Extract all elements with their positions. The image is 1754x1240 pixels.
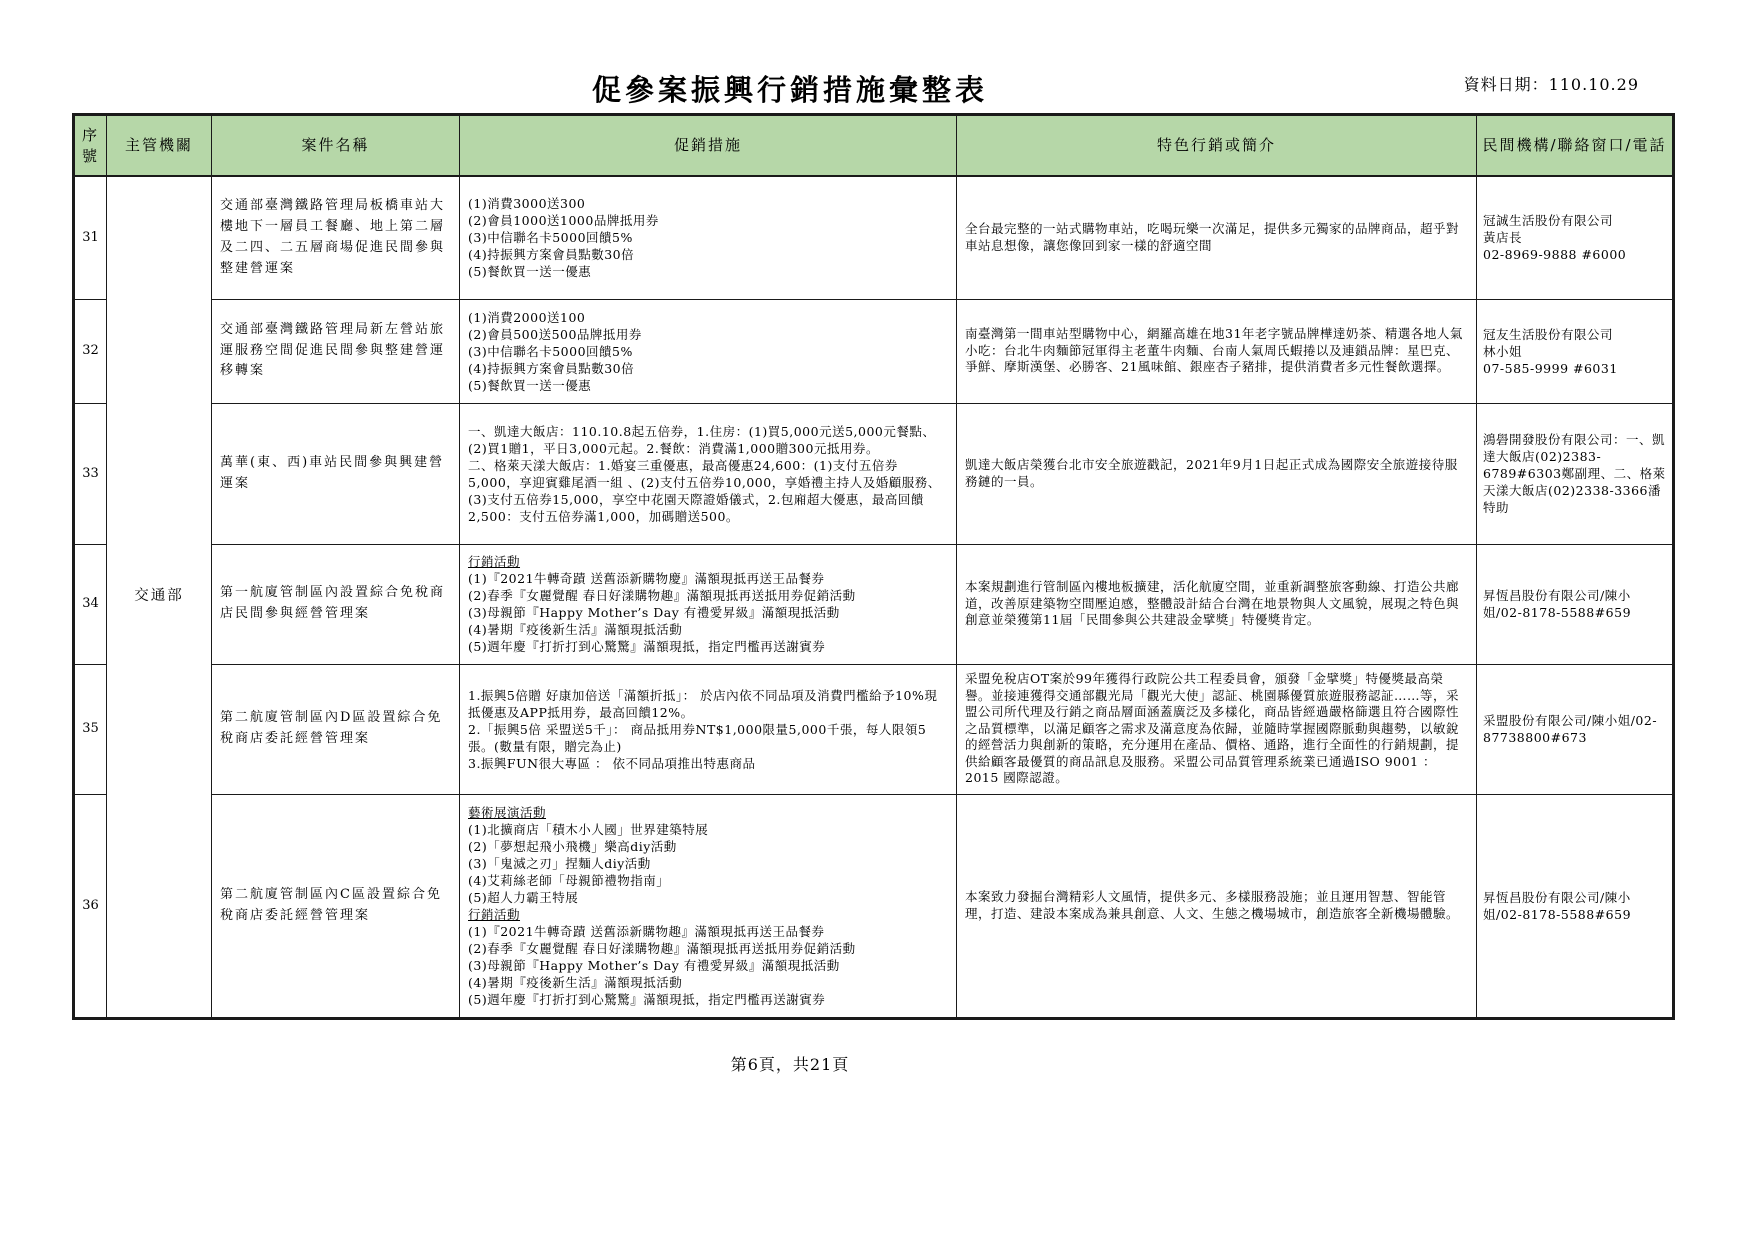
serial-cell: 32 (74, 299, 107, 403)
contact-line: 林小姐 (1483, 343, 1666, 360)
contact-line: 冠友生活股份有限公司 (1483, 326, 1666, 343)
promo-line: (3)母親節『Happy Mother’s Day 有禮愛昇級』滿額現抵活動 (468, 604, 948, 621)
contact-line: 昇恆昌股份有限公司/陳小姐/02-8178-5588#659 (1483, 889, 1666, 923)
serial-cell: 36 (74, 794, 107, 1018)
promo-line: (4)持振興方案會員點數30倍 (468, 360, 948, 377)
summary-table: 序號 主管機關 案件名稱 促銷措施 特色行銷或簡介 民間機構/聯絡窗口/電話 3… (72, 113, 1675, 1020)
contact-cell: 昇恆昌股份有限公司/陳小姐/02-8178-5588#659 (1477, 544, 1674, 664)
promo-line: 二、格萊天漾大飯店：1.婚宴三重優惠，最高優惠24,600：(1)支付五倍券5,… (468, 457, 948, 525)
promo-cell: (1)消費2000送100(2)會員500送500品牌抵用券(3)中信聯名卡50… (460, 299, 957, 403)
promo-line: (4)暑期『疫後新生活』滿額現抵活動 (468, 974, 948, 991)
feature-cell: 南臺灣第一間車站型購物中心，網羅高雄在地31年老字號品牌樺達奶茶、精選各地人氣小… (957, 299, 1477, 403)
serial-cell: 31 (74, 176, 107, 299)
contact-line: 昇恆昌股份有限公司/陳小姐/02-8178-5588#659 (1483, 587, 1666, 621)
page-footer: 第6頁，共21頁 (0, 1052, 1580, 1075)
contact-cell: 鴻礐開發股份有限公司：一、凱達大飯店(02)2383-6789#6303鄭副理、… (1477, 403, 1674, 544)
case-name-cell: 第二航廈管制區內C區設置綜合免稅商店委託經營管理案 (212, 794, 460, 1018)
contact-line: 鴻礐開發股份有限公司：一、凱達大飯店(02)2383-6789#6303鄭副理、… (1483, 431, 1666, 516)
promo-cell: 一、凱達大飯店：110.10.8起五倍券，1.住房：(1)買5,000元送5,0… (460, 403, 957, 544)
table-row: 33萬華(東、西)車站民間參與興建營運案一、凱達大飯店：110.10.8起五倍券… (74, 403, 1674, 544)
promo-line: (3)中信聯名卡5000回饋5% (468, 343, 948, 360)
header-cell-contact: 民間機構/聯絡窗口/電話 (1477, 115, 1674, 177)
header-cell-agency: 主管機關 (107, 115, 212, 177)
case-name-cell: 交通部臺灣鐵路管理局新左營站旅運服務空間促進民間參與整建營運移轉案 (212, 299, 460, 403)
header-cell-case-name: 案件名稱 (212, 115, 460, 177)
promo-cell: 藝術展演活動(1)北擴商店「積木小人國」世界建築特展(2)「夢想起飛小飛機」樂高… (460, 794, 957, 1018)
feature-cell: 本案規劃進行管制區內樓地板擴建，活化航廈空間，並重新調整旅客動線、打造公共廊道，… (957, 544, 1477, 664)
case-name-cell: 第二航廈管制區內D區設置綜合免稅商店委託經營管理案 (212, 664, 460, 794)
contact-line: 02-8969-9888 #6000 (1483, 246, 1666, 263)
contact-cell: 冠誠生活股份有限公司黃店長02-8969-9888 #6000 (1477, 176, 1674, 299)
promo-line: (3)母親節『Happy Mother’s Day 有禮愛昇級』滿額現抵活動 (468, 957, 948, 974)
date-label: 資料日期：110.10.29 (1464, 72, 1639, 95)
contact-cell: 采盟股份有限公司/陳小姐/02-87738800#673 (1477, 664, 1674, 794)
header-row: 序號 主管機關 案件名稱 促銷措施 特色行銷或簡介 民間機構/聯絡窗口/電話 (74, 115, 1674, 177)
promo-line: (1)『2021牛轉奇蹟 送舊添新購物趣』滿額現抵再送王品餐券 (468, 923, 948, 940)
promo-section-heading: 藝術展演活動 (468, 804, 948, 821)
promo-line: (1)北擴商店「積木小人國」世界建築特展 (468, 821, 948, 838)
promo-line: (5)餐飲買一送一優惠 (468, 377, 948, 394)
serial-cell: 35 (74, 664, 107, 794)
promo-line: (4)持振興方案會員點數30倍 (468, 246, 948, 263)
contact-cell: 昇恆昌股份有限公司/陳小姐/02-8178-5588#659 (1477, 794, 1674, 1018)
promo-line: (5)週年慶『打折打到心驚驚』滿額現抵，指定門檻再送謝賓券 (468, 991, 948, 1008)
serial-cell: 34 (74, 544, 107, 664)
promo-section-heading: 行銷活動 (468, 906, 948, 923)
promo-line: (5)週年慶『打折打到心驚驚』滿額現抵，指定門檻再送謝賓券 (468, 638, 948, 655)
promo-line: (2)春季『女麗覺醒 春日好漾購物趣』滿額現抵再送抵用券促銷活動 (468, 587, 948, 604)
contact-line: 采盟股份有限公司/陳小姐/02-87738800#673 (1483, 712, 1666, 746)
promo-line: (2)會員1000送1000品牌抵用券 (468, 212, 948, 229)
promo-line: 2.「振興5倍 采盟送5千」： 商品抵用券NT$1,000限量5,000千張，每… (468, 721, 948, 755)
promo-cell: (1)消費3000送300(2)會員1000送1000品牌抵用券(3)中信聯名卡… (460, 176, 957, 299)
table-row: 34第一航廈管制區內設置綜合免稅商店民間參與經營管理案行銷活動(1)『2021牛… (74, 544, 1674, 664)
table-row: 36第二航廈管制區內C區設置綜合免稅商店委託經營管理案藝術展演活動(1)北擴商店… (74, 794, 1674, 1018)
feature-cell: 全台最完整的一站式購物車站，吃喝玩樂一次滿足，提供多元獨家的品牌商品，超乎對車站… (957, 176, 1477, 299)
promo-line: (1)『2021牛轉奇蹟 送舊添新購物慶』滿額現抵再送王品餐券 (468, 570, 948, 587)
promo-line: (5)超人力霸王特展 (468, 889, 948, 906)
promo-cell: 行銷活動(1)『2021牛轉奇蹟 送舊添新購物慶』滿額現抵再送王品餐券(2)春季… (460, 544, 957, 664)
header-cell-serial: 序號 (74, 115, 107, 177)
promo-line: (2)春季『女麗覺醒 春日好漾購物趣』滿額現抵再送抵用券促銷活動 (468, 940, 948, 957)
serial-cell: 33 (74, 403, 107, 544)
case-name-cell: 第一航廈管制區內設置綜合免稅商店民間參與經營管理案 (212, 544, 460, 664)
table-row: 35第二航廈管制區內D區設置綜合免稅商店委託經營管理案1.振興5倍贈 好康加倍送… (74, 664, 1674, 794)
table-row: 31交通部交通部臺灣鐵路管理局板橋車站大樓地下一層員工餐廳、地上第二層及二四、二… (74, 176, 1674, 299)
feature-cell: 凱達大飯店榮獲台北市安全旅遊戳記，2021年9月1日起正式成為國際安全旅遊接待服… (957, 403, 1477, 544)
promo-line: (2)「夢想起飛小飛機」樂高diy活動 (468, 838, 948, 855)
case-name-cell: 交通部臺灣鐵路管理局板橋車站大樓地下一層員工餐廳、地上第二層及二四、二五層商場促… (212, 176, 460, 299)
promo-cell: 1.振興5倍贈 好康加倍送「滿額折抵」： 於店內依不同品項及消費門檻給予10%現… (460, 664, 957, 794)
header-cell-promo: 促銷措施 (460, 115, 957, 177)
promo-line: 3.振興FUN很大專區 ： 依不同品項推出特惠商品 (468, 755, 948, 772)
case-name-cell: 萬華(東、西)車站民間參與興建營運案 (212, 403, 460, 544)
page-title: 促參案振興行銷措施彙整表 (0, 68, 1580, 109)
agency-cell: 交通部 (107, 176, 212, 1018)
promo-line: (3)「鬼滅之刃」捏麵人diy活動 (468, 855, 948, 872)
promo-line: (4)暑期『疫後新生活』滿額現抵活動 (468, 621, 948, 638)
header-cell-feature: 特色行銷或簡介 (957, 115, 1477, 177)
promo-line: (2)會員500送500品牌抵用券 (468, 326, 948, 343)
table-header: 序號 主管機關 案件名稱 促銷措施 特色行銷或簡介 民間機構/聯絡窗口/電話 (74, 115, 1674, 177)
contact-line: 冠誠生活股份有限公司 (1483, 212, 1666, 229)
promo-line: 1.振興5倍贈 好康加倍送「滿額折抵」： 於店內依不同品項及消費門檻給予10%現… (468, 687, 948, 721)
table-body: 31交通部交通部臺灣鐵路管理局板橋車站大樓地下一層員工餐廳、地上第二層及二四、二… (74, 176, 1674, 1018)
table-row: 32交通部臺灣鐵路管理局新左營站旅運服務空間促進民間參與整建營運移轉案(1)消費… (74, 299, 1674, 403)
contact-line: 07-585-9999 #6031 (1483, 360, 1666, 377)
promo-line: (4)艾莉絲老師「母親節禮物指南」 (468, 872, 948, 889)
feature-cell: 采盟免稅店OT案於99年獲得行政院公共工程委員會，頒發「金擘獎」特優獎最高榮譽。… (957, 664, 1477, 794)
contact-line: 黃店長 (1483, 229, 1666, 246)
promo-line: (3)中信聯名卡5000回饋5% (468, 229, 948, 246)
promo-section-heading: 行銷活動 (468, 553, 948, 570)
promo-line: 一、凱達大飯店：110.10.8起五倍券，1.住房：(1)買5,000元送5,0… (468, 423, 948, 457)
promo-line: (1)消費2000送100 (468, 309, 948, 326)
promo-line: (5)餐飲買一送一優惠 (468, 263, 948, 280)
promo-line: (1)消費3000送300 (468, 195, 948, 212)
feature-cell: 本案致力發掘台灣精彩人文風情，提供多元、多樣服務設施；並且運用智慧、智能管理，打… (957, 794, 1477, 1018)
contact-cell: 冠友生活股份有限公司林小姐07-585-9999 #6031 (1477, 299, 1674, 403)
